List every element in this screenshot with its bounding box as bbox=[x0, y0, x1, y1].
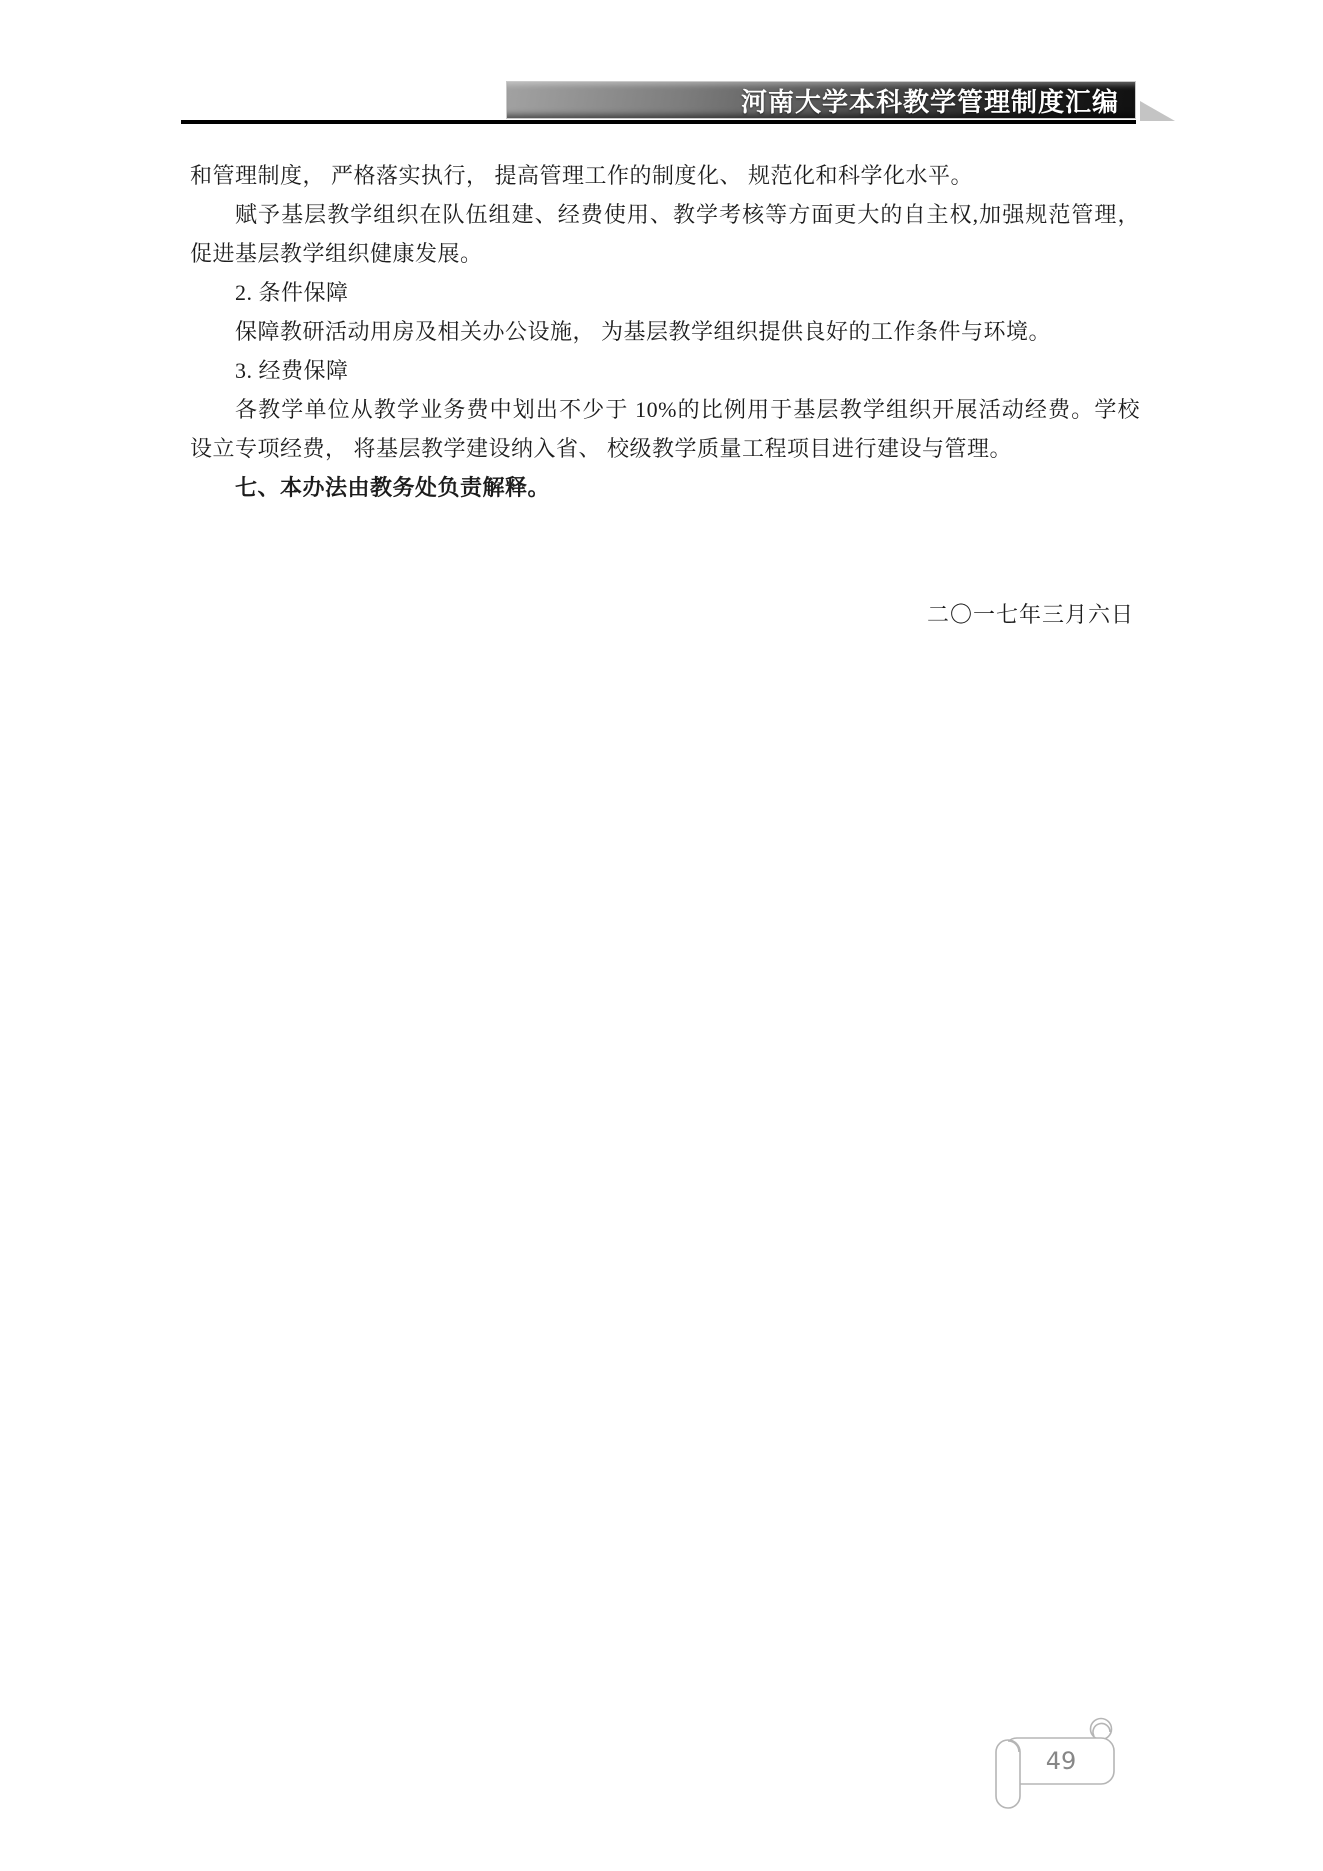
arrow-decoration-icon bbox=[1140, 101, 1175, 121]
body-line: 赋予基层教学组织在队伍组建、经费使用、教学考核等方面更大的自主权,加强规范管理， bbox=[190, 195, 1140, 234]
body-line: 设立专项经费， 将基层教学建设纳入省、 校级教学质量工程项目进行建设与管理。 bbox=[190, 429, 1140, 468]
header-rule bbox=[181, 120, 1136, 124]
body-line: 3. 经费保障 bbox=[190, 351, 1140, 390]
page-number: 49 bbox=[1046, 1747, 1077, 1775]
body-line: 2. 条件保障 bbox=[190, 273, 1140, 312]
body-line: 促进基层教学组织健康发展。 bbox=[190, 234, 1140, 273]
document-page: 河南大学本科教学管理制度汇编 和管理制度， 严格落实执行， 提高管理工作的制度化… bbox=[0, 0, 1323, 1871]
body-line: 保障教研活动用房及相关办公设施， 为基层教学组织提供良好的工作条件与环境。 bbox=[190, 312, 1140, 351]
body-line-resolution: 七、本办法由教务处负责解释。 bbox=[190, 468, 1140, 507]
header-banner-title: 河南大学本科教学管理制度汇编 bbox=[741, 82, 1119, 119]
document-date: 二〇一七年三月六日 bbox=[190, 595, 1134, 634]
header-banner: 河南大学本科教学管理制度汇编 bbox=[506, 81, 1136, 119]
body-line: 和管理制度， 严格落实执行， 提高管理工作的制度化、 规范化和科学化水平。 bbox=[190, 156, 1140, 195]
scroll-left-roll bbox=[996, 1740, 1020, 1808]
body-line: 各教学单位从教学业务费中划出不少于 10%的比例用于基层教学组织开展活动经费。学… bbox=[190, 390, 1140, 429]
body-text: 和管理制度， 严格落实执行， 提高管理工作的制度化、 规范化和科学化水平。 赋予… bbox=[190, 156, 1140, 507]
scroll-decoration-icon: 49 bbox=[988, 1716, 1133, 1821]
